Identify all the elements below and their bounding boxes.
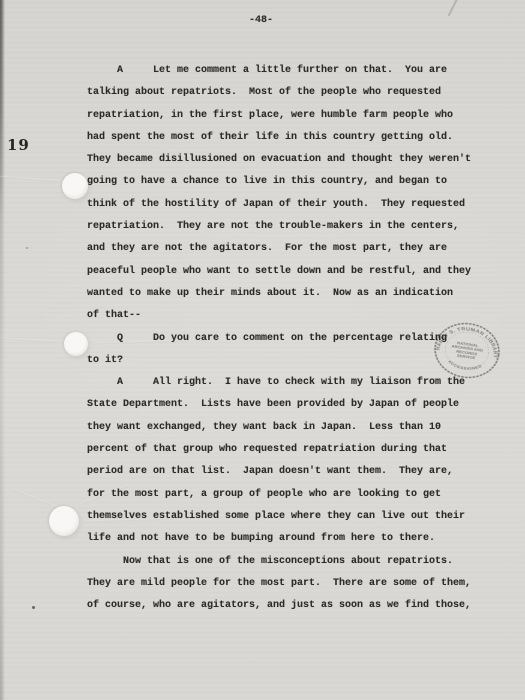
typed-line: themselves established some place where …	[87, 506, 471, 528]
hole-punch	[64, 332, 88, 356]
typed-line: think of the hostility of Japan of their…	[87, 194, 471, 216]
page-number: -48-	[231, 14, 291, 28]
paper-speck	[32, 606, 35, 609]
hole-punch	[49, 506, 79, 536]
paper-crease	[0, 176, 60, 182]
typed-line: of course, who are agitators, and just a…	[87, 595, 471, 617]
paper-crease	[11, 488, 56, 508]
typed-line: life and not have to be bumping around f…	[87, 528, 471, 550]
scan-edge-shadow	[0, 0, 5, 700]
typed-line: and they are not the agitators. For the …	[87, 238, 471, 260]
typed-line: A Let me comment a little further on tha…	[87, 60, 471, 82]
typed-line: Now that is one of the misconceptions ab…	[87, 551, 471, 573]
typed-text-block: A Let me comment a little further on tha…	[87, 60, 471, 617]
typed-line: repatriation, in the first place, were h…	[87, 105, 471, 127]
typed-line: They are mild people for the most part. …	[87, 573, 471, 595]
typed-line: wanted to make up their minds about it. …	[87, 283, 471, 305]
typed-line: A All right. I have to check with my lia…	[87, 372, 471, 394]
typed-line: percent of that group who requested repa…	[87, 439, 471, 461]
scanned-document-page: -48- 19 HARRY S. TRUMAN LIBRARY ACCESSIO…	[0, 0, 525, 700]
typed-line: repatriation. They are not the trouble-m…	[87, 216, 471, 238]
typed-line: to it?	[87, 350, 471, 372]
typed-line: talking about repatriots. Most of the pe…	[87, 82, 471, 104]
paper-crease	[0, 337, 58, 342]
typed-line: peaceful people who want to settle down …	[87, 261, 471, 283]
typed-line: they want exchanged, they want back in J…	[87, 417, 471, 439]
typed-line: had spent the most of their life in this…	[87, 127, 471, 149]
typed-line: They became disillusioned on evacuation …	[87, 149, 471, 171]
margin-annotation: 19	[7, 136, 30, 154]
typed-line: State Department. Lists have been provid…	[87, 394, 471, 416]
typed-line: going to have a chance to live in this c…	[87, 171, 471, 193]
hole-punch	[62, 173, 88, 199]
typed-line: period are on that list. Japan doesn't w…	[87, 461, 471, 483]
typed-line: for the most part, a group of people who…	[87, 484, 471, 506]
paper-scratch	[448, 0, 459, 16]
paper-speck	[26, 247, 28, 249]
typed-line: Q Do you care to comment on the percenta…	[87, 328, 471, 350]
typed-line: of that--	[87, 305, 471, 327]
